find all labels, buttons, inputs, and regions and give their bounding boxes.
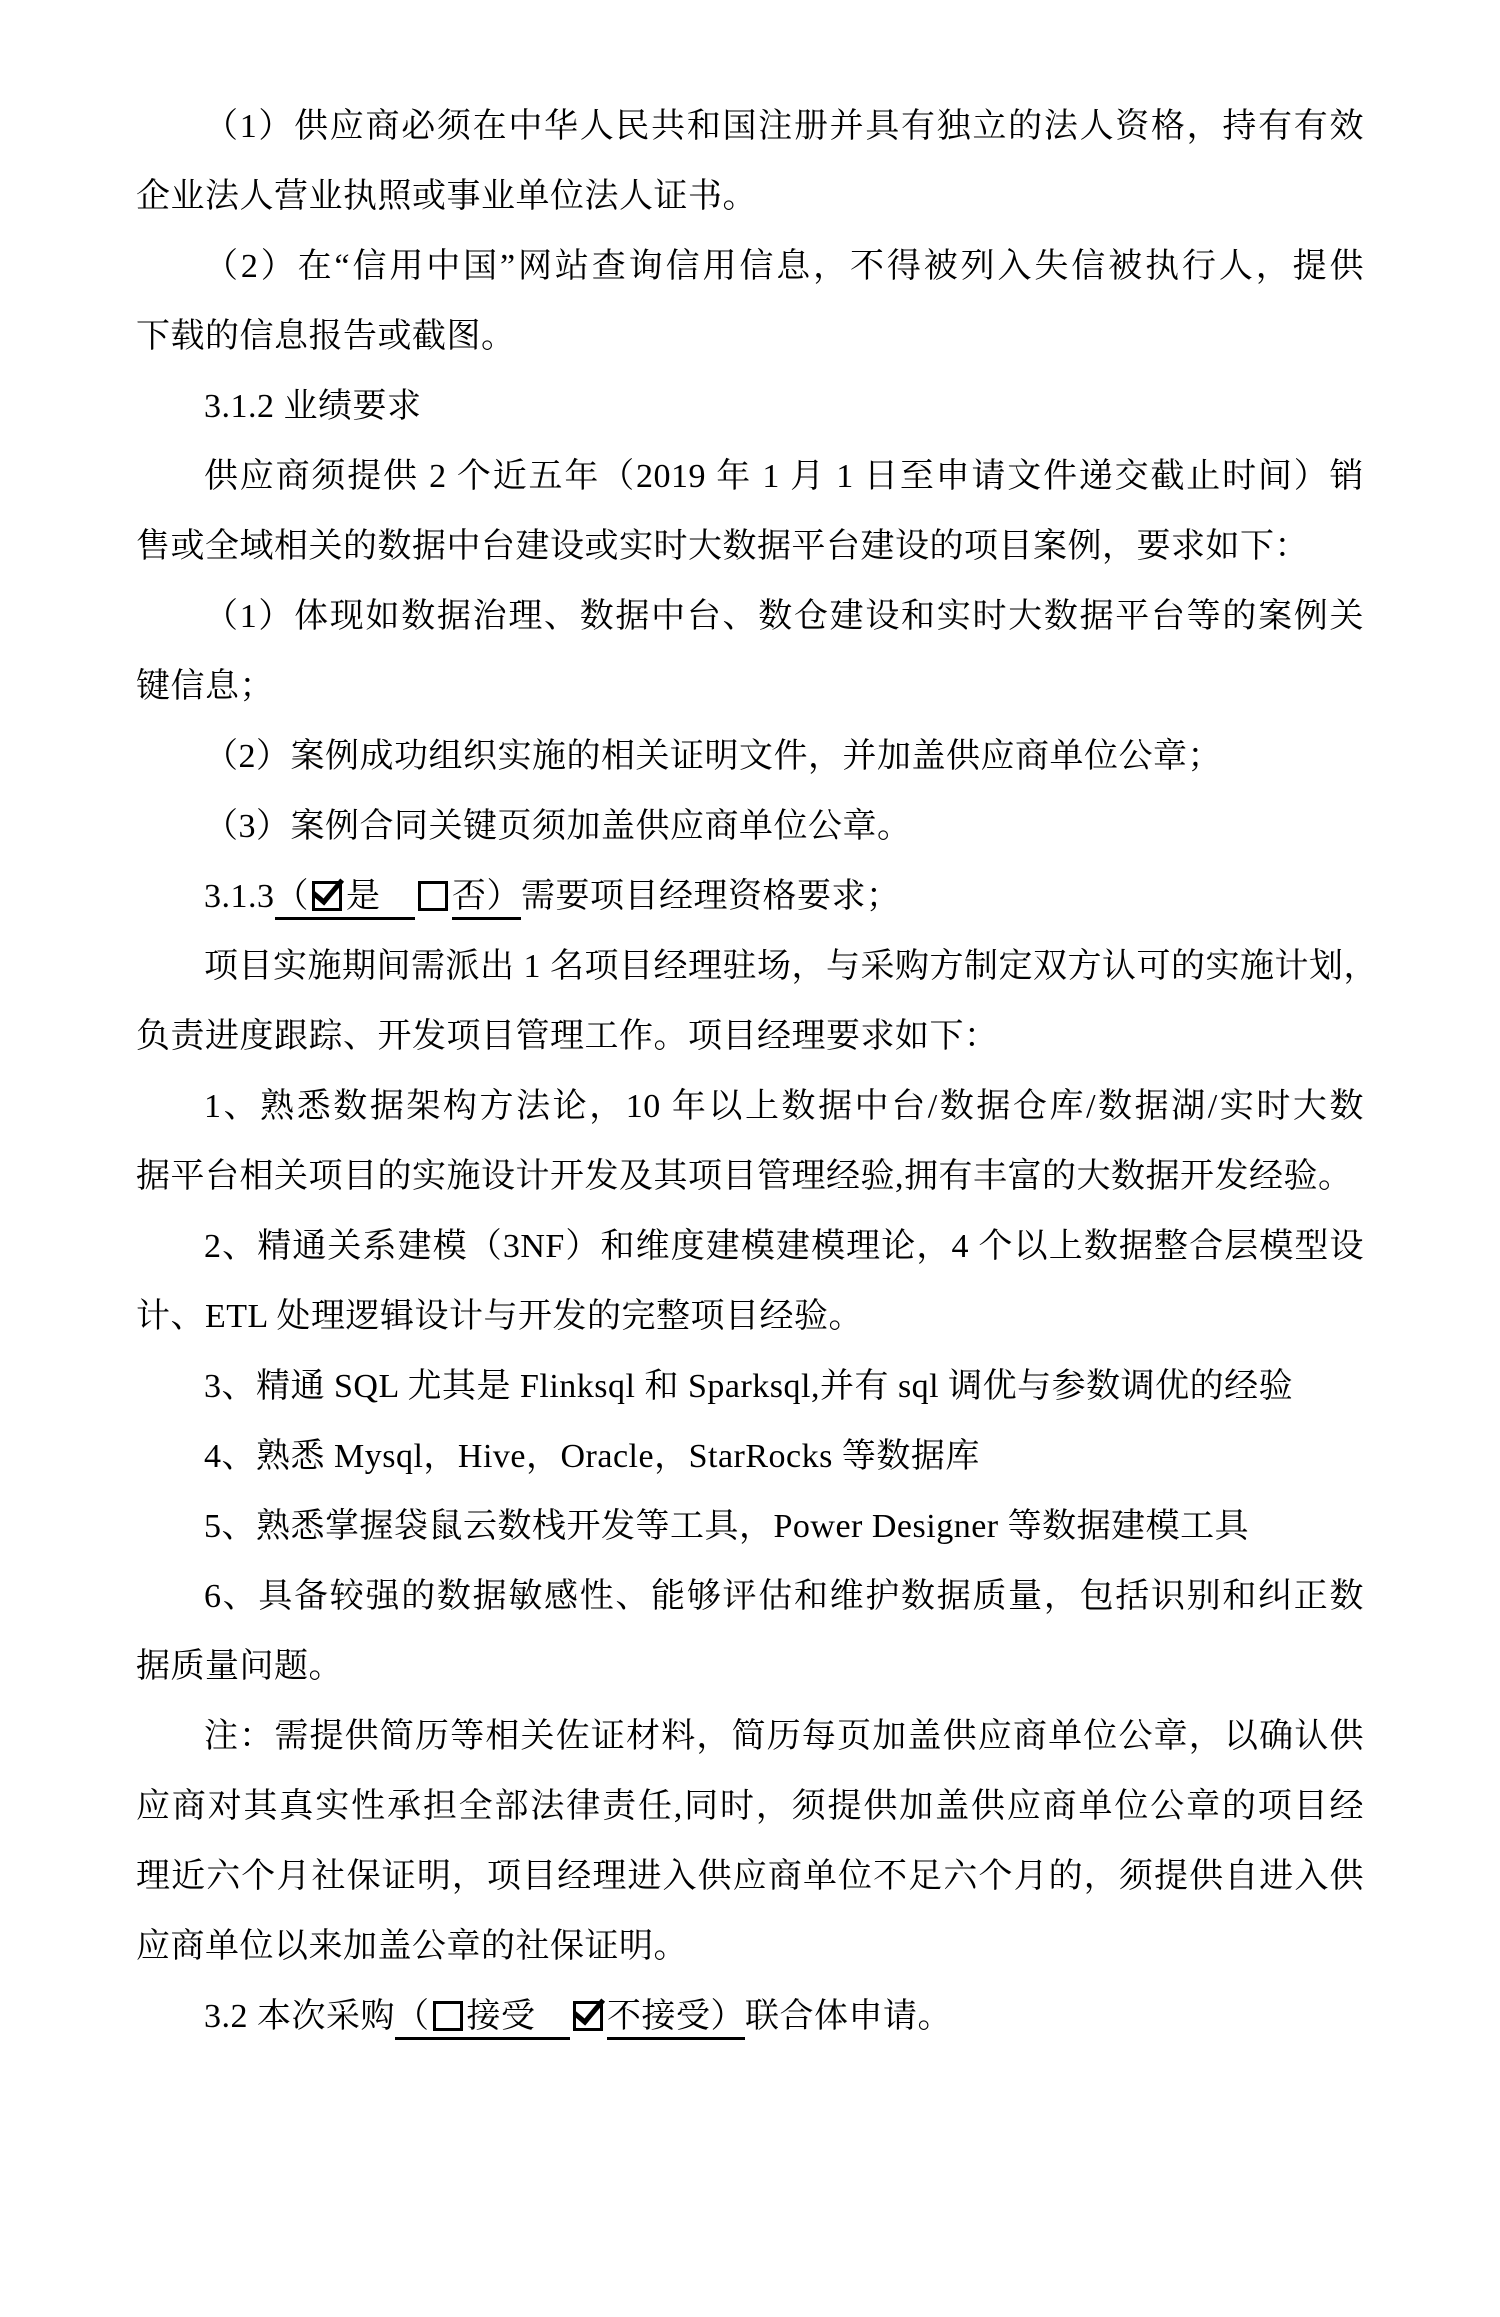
text-run: 是 [346,878,415,915]
pm-skill-6-line1: 6、具备较强的数据敏感性、能够评估和维护数据质量，包括识别和纠正数 [136,1562,1364,1632]
clause-3-1-3: 3.1.3（是 否）需要项目经理资格要求； [136,862,1364,932]
underlined-field: （接受 [395,1998,570,2040]
pm-onsite-line2: 负责进度跟踪、开发项目管理工作。项目经理要求如下： [136,1002,1364,1072]
credit-china-line2: 下载的信息报告或截图。 [136,302,1364,372]
text-run: （ [395,1998,430,2035]
text-run: 3.2 本次采购 [204,1998,395,2035]
note-line4: 应商单位以来加盖公章的社保证明。 [136,1912,1364,1982]
document-content: （1）供应商必须在中华人民共和国注册并具有独立的法人资格，持有有效企业法人营业执… [0,0,1500,2052]
checkbox-checked-icon[interactable] [573,2001,603,2031]
pm-skill-1-line2: 据平台相关项目的实施设计开发及其项目管理经验,拥有丰富的大数据开发经验。 [136,1142,1364,1212]
credit-china-line1: （2）在“信用中国”网站查询信用信息，不得被列入失信被执行人，提供 [136,232,1364,302]
performance-requirement-line2: 售或全域相关的数据中台建设或实时大数据平台建设的项目案例，要求如下： [136,512,1364,582]
underlined-field: （是 [275,878,416,920]
case-requirement-2: （2）案例成功组织实施的相关证明文件，并加盖供应商单位公章； [136,722,1364,792]
text-run: 联合体申请。 [745,1998,952,2035]
document-page: （1）供应商必须在中华人民共和国注册并具有独立的法人资格，持有有效企业法人营业执… [0,0,1500,2317]
pm-skill-1-line1: 1、熟悉数据架构方法论，10 年以上数据中台/数据仓库/数据湖/实时大数 [136,1072,1364,1142]
note-line3: 理近六个月社保证明，项目经理进入供应商单位不足六个月的，须提供自进入供 [136,1842,1364,1912]
note-line2: 应商对其真实性承担全部法律责任,同时，须提供加盖供应商单位公章的项目经 [136,1772,1364,1842]
text-run: 不接受） [607,1998,745,2035]
case-requirement-1-line1: （1）体现如数据治理、数据中台、数仓建设和实时大数据平台等的案例关 [136,582,1364,652]
underlined-field: 不接受） [607,1998,745,2040]
pm-skill-2-line1: 2、精通关系建模（3NF）和维度建模建模理论，4 个以上数据整合层模型设 [136,1212,1364,1282]
case-requirement-3: （3）案例合同关键页须加盖供应商单位公章。 [136,792,1364,862]
text-run: 否） [452,878,521,915]
checkbox-unchecked-icon[interactable] [418,881,448,911]
underlined-field: 否） [452,878,521,920]
supplier-qualification-line1: （1）供应商必须在中华人民共和国注册并具有独立的法人资格，持有有效 [136,92,1364,162]
text-run: 接受 [467,1998,571,2035]
pm-onsite-line1: 项目实施期间需派出 1 名项目经理驻场，与采购方制定双方认可的实施计划， [136,932,1364,1002]
case-requirement-1-line2: 键信息； [136,652,1364,722]
supplier-qualification-line2: 企业法人营业执照或事业单位法人证书。 [136,162,1364,232]
clause-3-2: 3.2 本次采购（接受 不接受）联合体申请。 [136,1982,1364,2052]
text-run: （ [275,878,310,915]
pm-skill-3: 3、精通 SQL 尤其是 Flinksql 和 Sparksql,并有 sql … [136,1352,1364,1422]
performance-requirement-line1: 供应商须提供 2 个近五年（2019 年 1 月 1 日至申请文件递交截止时间）… [136,442,1364,512]
pm-skill-5: 5、熟悉掌握袋鼠云数栈开发等工具，Power Designer 等数据建模工具 [136,1492,1364,1562]
pm-skill-4: 4、熟悉 Mysql，Hive，Oracle，StarRocks 等数据库 [136,1422,1364,1492]
note-line1: 注：需提供简历等相关佐证材料，简历每页加盖供应商单位公章，以确认供 [136,1702,1364,1772]
checkbox-unchecked-icon[interactable] [433,2001,463,2031]
checkbox-checked-icon[interactable] [312,881,342,911]
text-run: 3.1.3 [204,878,275,915]
pm-skill-6-line2: 据质量问题。 [136,1632,1364,1702]
pm-skill-2-line2: 计、ETL 处理逻辑设计与开发的完整项目经验。 [136,1282,1364,1352]
heading-3-1-2: 3.1.2 业绩要求 [136,372,1364,442]
text-run: 需要项目经理资格要求； [521,878,901,915]
